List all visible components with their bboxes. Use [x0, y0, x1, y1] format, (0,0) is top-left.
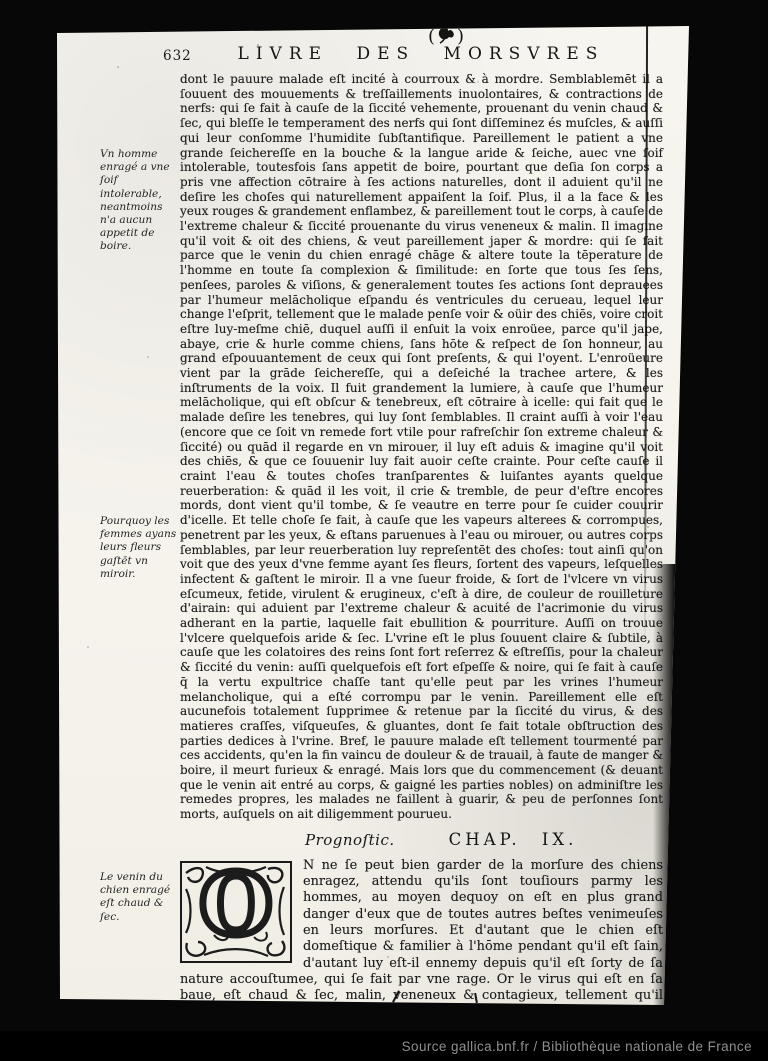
margin-note-venom: Le venin du chien enragé eſt chaud & ſec…: [100, 871, 178, 924]
hedera-leaf-icon: [436, 26, 456, 46]
chapter-opening-paragraph: O N ne ſe peut bien garder de la morſure…: [180, 858, 663, 1005]
scanned-book-page: ( ) 632 LIVRE DES MORSVRES Vn homme enra…: [57, 26, 689, 1005]
chapter-heading-title: Prognoſtic.: [305, 831, 395, 849]
text-column: dont le pauure malade eſt incité à courr…: [180, 72, 663, 1005]
source-attribution: Source gallica.bnf.fr / Bibliothèque nat…: [402, 1039, 752, 1054]
scan-noise-speckles: [57, 26, 59, 28]
gallica-source-bar: Source gallica.bnf.fr / Bibliothèque nat…: [0, 1031, 768, 1061]
chapter-heading-number: CHAP. IX.: [449, 830, 578, 849]
chapter-heading: Prognoſtic. CHAP. IX.: [180, 830, 663, 849]
woodcut-initial-O: O: [180, 861, 292, 963]
margin-note-thirst: Vn homme enragé a vne ſoif intolerable, …: [100, 148, 178, 254]
initial-letter: O: [182, 856, 290, 954]
running-title: LIVRE DES MORSVRES: [180, 44, 662, 64]
body-paragraph: dont le pauure malade eſt incité à courr…: [180, 72, 663, 822]
margin-note-mirror: Pourquoy les femmes ayans leurs fleurs g…: [100, 515, 178, 581]
page-edge-shadow: [653, 564, 679, 1005]
